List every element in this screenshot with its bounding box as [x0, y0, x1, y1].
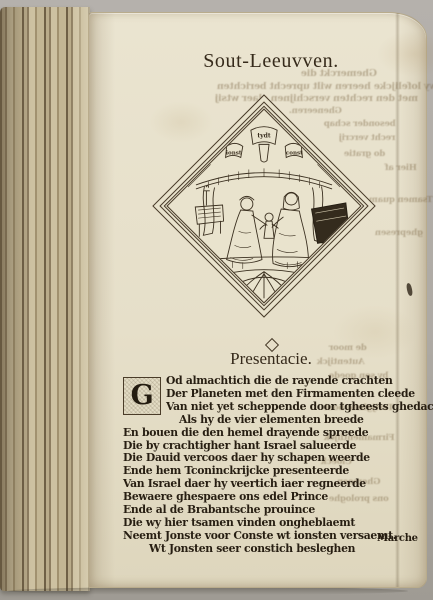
bleedthrough-text: wy lofelijcke heeren wilt uprecht berich… — [217, 81, 433, 92]
page-surface: Ghemerckt die wy lofelijcke heeren wilt … — [88, 12, 427, 588]
poem-line: Od almachtich die de rayende crachten — [123, 375, 405, 388]
poem-line: En bouen die den hemel drayende spreede — [123, 427, 405, 440]
poem-line: Als hy de vier elementen breede — [179, 414, 405, 427]
poem-line: Wt Jonsten seer constich besleghen — [149, 543, 405, 556]
book-binding — [0, 7, 90, 591]
poem-line: Neemt Jonste voor Conste wt ionsten vers… — [123, 530, 405, 543]
catchword: Marche — [377, 533, 418, 544]
bleedthrough-text: do gratie — [344, 149, 385, 159]
poem-line: Van niet yet scheppende door tgheests gh… — [123, 401, 405, 414]
gutter-shadow — [89, 13, 115, 587]
banner-top-label: tydt — [257, 132, 271, 139]
poem-line: Der Planeten met den Firmamenten cleede — [123, 388, 405, 401]
book-shadow — [8, 587, 408, 595]
running-title: Sout-Leeuvven. — [161, 50, 381, 73]
bleedthrough-text: met den rechten verschijnen claer wtsij — [215, 93, 418, 104]
bleedthrough-text: recht vercrij — [339, 133, 395, 143]
bleedthrough-text: besonder schap — [324, 119, 396, 129]
poem-line: Die wy hier tsamen vinden ongheblaemt — [123, 517, 405, 530]
bleedthrough-text: Hier af — [385, 163, 417, 173]
poem: G Od almachtich die de rayende crachten … — [123, 375, 405, 556]
paper-stain — [149, 101, 213, 143]
section-heading: Presentacie. — [181, 349, 361, 369]
banner-left-label: ionst — [226, 150, 242, 156]
banner-right-label: const — [286, 150, 303, 156]
bleedthrough-text: Gheneeren. — [289, 106, 342, 116]
drop-cap-initial: G — [123, 377, 161, 415]
bleedthrough-text: ghepresen — [375, 228, 423, 238]
paper-stain — [377, 31, 433, 77]
bleedthrough-text: Tsamen quam — [369, 195, 433, 205]
